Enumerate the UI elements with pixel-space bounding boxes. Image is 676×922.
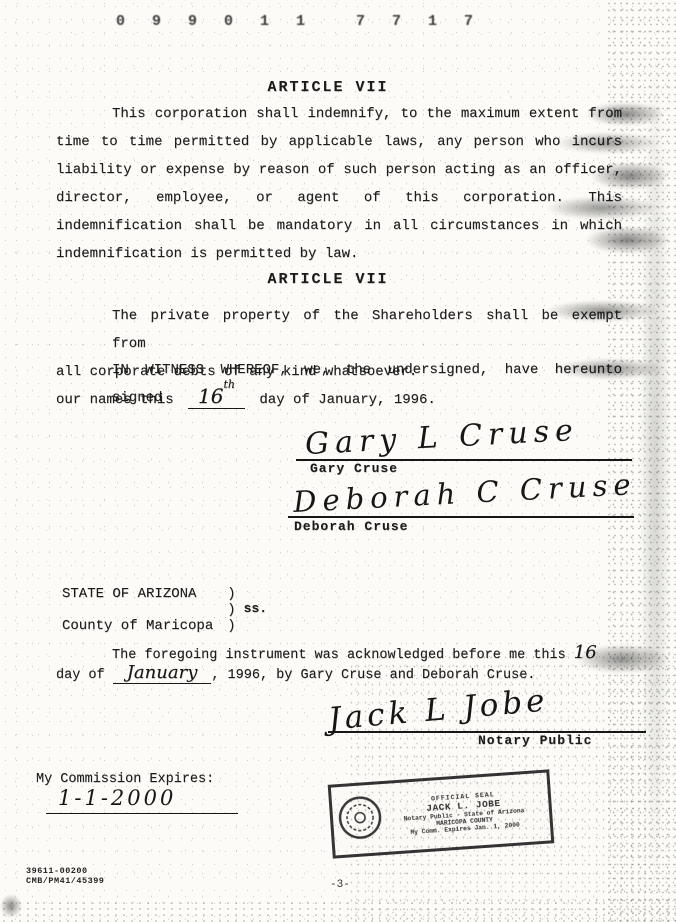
notary-signature: Jack L Jobe [327, 682, 550, 737]
venue-state: STATE OF ARIZONA [62, 586, 213, 602]
notary-stamp: OFFICIAL SEAL JACK L. JOBE Notary Public… [328, 769, 555, 858]
handwritten-day-value: 16 [198, 384, 223, 408]
acknowledgment-line2-pre: day of [56, 668, 105, 683]
acknowledgment-line1-text: The foregoing instrument was acknowledge… [56, 648, 566, 663]
acknowledgment-block: The foregoing instrument was acknowledge… [56, 644, 646, 684]
venue-paren: ) [227, 586, 235, 602]
notary-seal-icon [335, 793, 384, 847]
gary-cruse-signature: Gary L Cruse [304, 413, 579, 462]
filing-number-left: 0 9 9 0 1 1 [116, 13, 314, 30]
handwritten-month: January [113, 662, 212, 684]
venue-county: County of Maricopa [62, 618, 213, 634]
article-heading-exemption: ARTICLE VII [0, 271, 656, 288]
article-heading-indemnification: ARTICLE VII [0, 79, 656, 96]
handwritten-day: 16th [188, 384, 245, 409]
filing-number-stamp: 0 9 9 0 1 1 7 7 1 7 [116, 13, 482, 30]
handwritten-commission-date: 1-1-2000 [58, 786, 176, 810]
scan-noise-bottom-edge [0, 900, 676, 922]
witness-line2-post: day of January, 1996. [259, 392, 435, 408]
witness-line2: our names this 16th day of January, 1996… [56, 386, 436, 408]
paragraph-line: director, employee, or agent of this cor… [56, 184, 622, 212]
acknowledgment-line2: day of January, 1996, by Gary Cruse and … [56, 664, 646, 684]
venue-paren: ) [227, 618, 235, 634]
venue-ss: ss. [244, 601, 267, 634]
document-control-codes: 39611-00200 CMB/PM41/45399 [26, 866, 104, 886]
paragraph-line: indemnification shall be mandatory in al… [56, 212, 622, 240]
witness-line2-pre: our names this [56, 392, 174, 408]
control-code-line2: CMB/PM41/45399 [26, 876, 104, 886]
gary-cruse-printed-name: Gary Cruse [310, 461, 398, 476]
indemnification-paragraph: This corporation shall indemnify, to the… [56, 100, 622, 268]
paragraph-line: time to time permitted by applicable law… [56, 128, 622, 156]
paragraph-line: This corporation shall indemnify, to the… [56, 100, 622, 128]
paragraph-line: liability or expense by reason of such p… [56, 156, 622, 184]
scanned-document-page: 0 9 9 0 1 1 7 7 1 7 ARTICLE VII This cor… [0, 0, 676, 922]
commission-expires-label: My Commission Expires: [36, 772, 214, 787]
filing-number-right: 7 7 1 7 [356, 13, 482, 30]
venue-block: STATE OF ARIZONA County of Maricopa ) ) … [62, 586, 267, 634]
handwritten-day-suffix: th [223, 378, 235, 391]
notary-title: Notary Public [478, 733, 592, 748]
notary-stamp-text: OFFICIAL SEAL JACK L. JOBE Notary Public… [382, 787, 546, 837]
commission-date-line [46, 813, 238, 814]
page-number: -3- [330, 879, 350, 891]
signature-line [288, 516, 634, 518]
paragraph-line: The private property of the Shareholders… [56, 302, 622, 358]
acknowledgment-line1: The foregoing instrument was acknowledge… [56, 644, 646, 664]
deborah-cruse-printed-name: Deborah Cruse [294, 519, 408, 534]
venue-names: STATE OF ARIZONA County of Maricopa [62, 586, 213, 634]
venue-paren: ) [227, 602, 235, 618]
paragraph-line: indemnification is permitted by law. [56, 240, 622, 268]
venue-parens: ) ) ) [227, 586, 235, 634]
scan-smudge [640, 40, 670, 900]
control-code-line1: 39611-00200 [26, 866, 104, 876]
scan-smudge [0, 894, 22, 918]
venue-spacer [62, 602, 213, 618]
handwritten-ack-day: 16 [574, 642, 597, 663]
acknowledgment-line2-post: , 1996, by Gary Cruse and Deborah Cruse. [211, 668, 535, 683]
